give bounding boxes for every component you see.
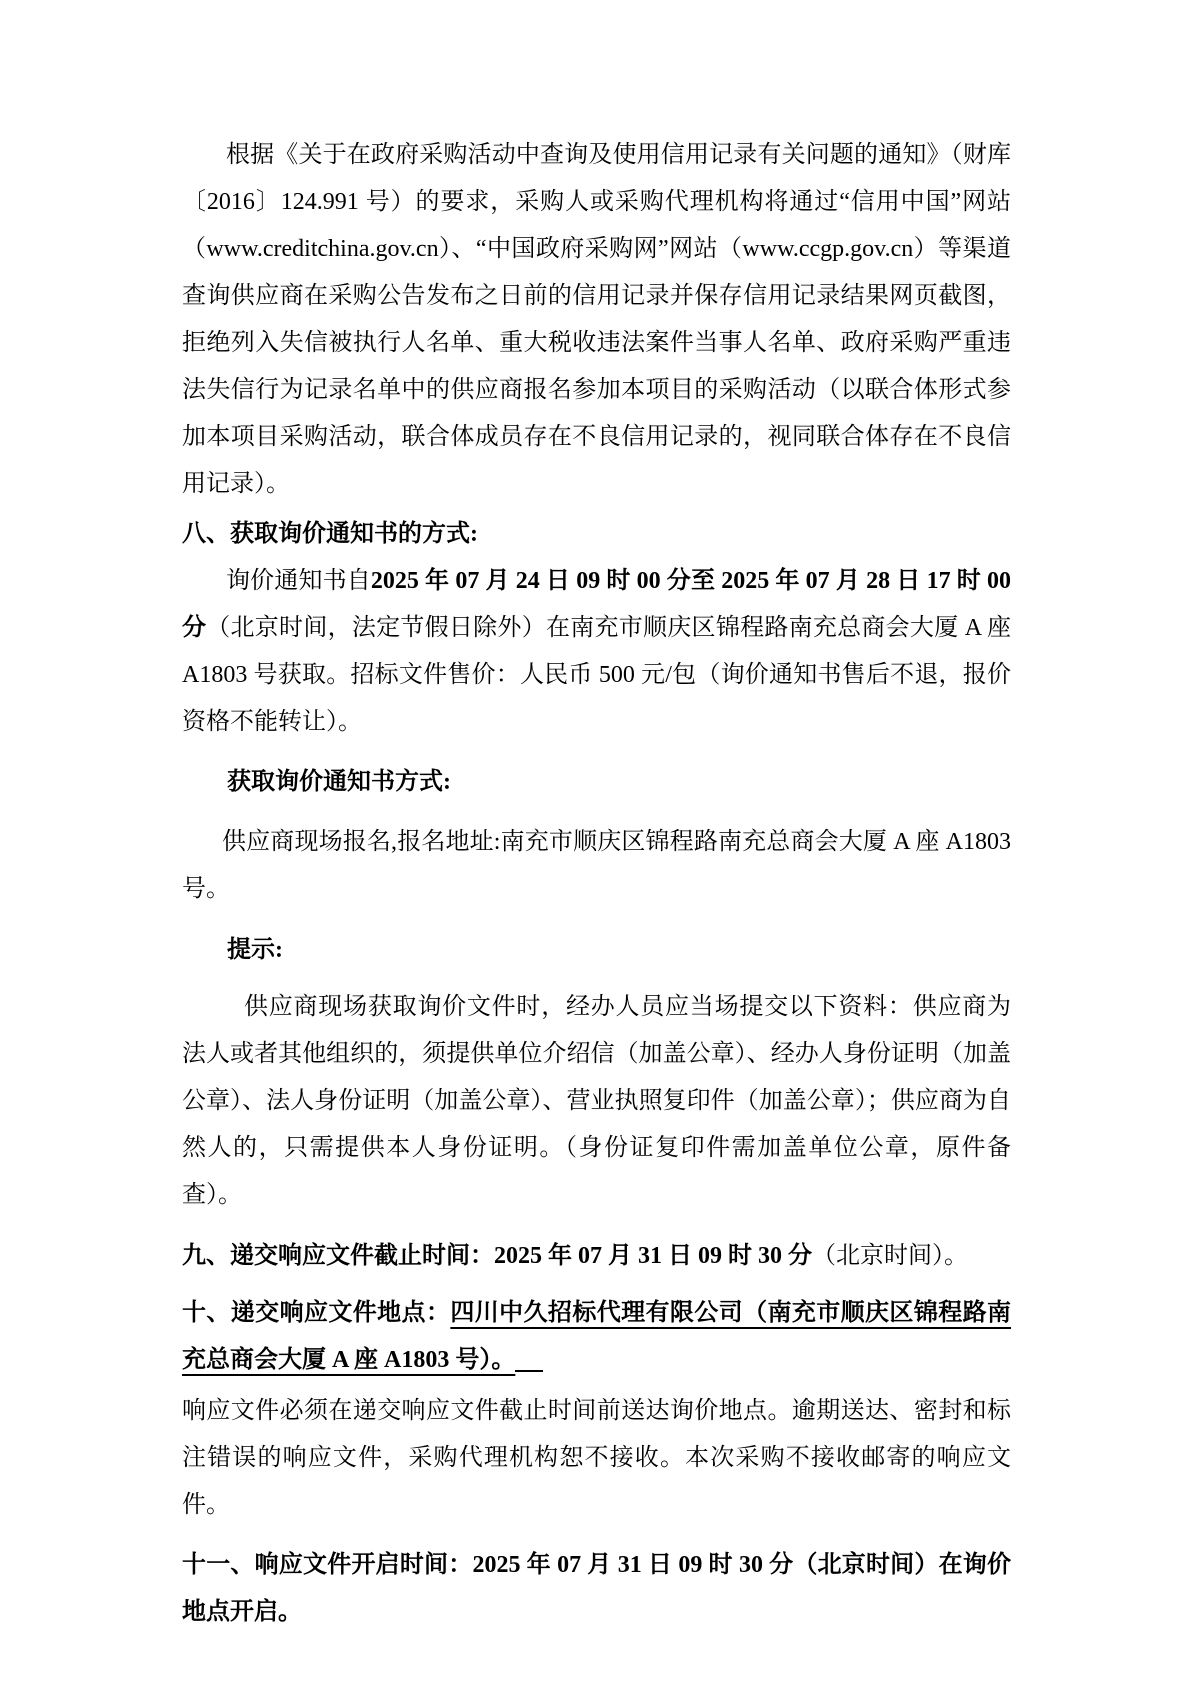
section-10-note: 响应文件必须在递交响应文件截止时间前送达询价地点。逾期送达、密封和标注错误的响应… bbox=[182, 1388, 1011, 1529]
underline-tail bbox=[515, 1346, 543, 1372]
section-8-body: 询价通知书自2025 年 07 月 24 日 09 时 00 分至 2025 年… bbox=[182, 558, 1011, 746]
tip-body: 供应商现场获取询价文件时，经办人员应当场提交以下资料：供应商为法人或者其他组织的… bbox=[182, 984, 1011, 1219]
obtain-method-body: 供应商现场报名,报名地址:南充市顺庆区锦程路南充总商会大厦 A 座 A1803 … bbox=[182, 819, 1011, 913]
section-10-label: 十、递交响应文件地点： bbox=[182, 1300, 450, 1326]
intro-paragraph: 根据《关于在政府采购活动中查询及使用信用记录有关问题的通知》（财库〔2016〕1… bbox=[182, 132, 1011, 508]
section-8-body-post: （北京时间，法定节假日除外）在南充市顺庆区锦程路南充总商会大厦 A 座 A180… bbox=[182, 615, 1011, 735]
section-9-line: 九、递交响应文件截止时间：2025 年 07 月 31 日 09 时 30 分（… bbox=[182, 1233, 1011, 1280]
section-10-line: 十、递交响应文件地点：四川中久招标代理有限公司（南充市顺庆区锦程路南充总商会大厦… bbox=[182, 1290, 1011, 1384]
section-9-heading-bold: 九、递交响应文件截止时间：2025 年 07 月 31 日 09 时 30 分 bbox=[182, 1243, 812, 1269]
section-9-heading-regular: （北京时间）。 bbox=[812, 1243, 968, 1269]
section-8-heading: 八、获取询价通知书的方式: bbox=[182, 511, 1011, 558]
tip-heading: 提示: bbox=[182, 927, 1011, 974]
document-page: 根据《关于在政府采购活动中查询及使用信用记录有关问题的通知》（财库〔2016〕1… bbox=[0, 0, 1191, 1696]
section-11-heading: 十一、响应文件开启时间：2025 年 07 月 31 日 09 时 30 分（北… bbox=[182, 1542, 1011, 1636]
obtain-method-heading: 获取询价通知书方式: bbox=[182, 759, 1011, 806]
section-8-body-pre: 询价通知书自 bbox=[226, 568, 371, 594]
